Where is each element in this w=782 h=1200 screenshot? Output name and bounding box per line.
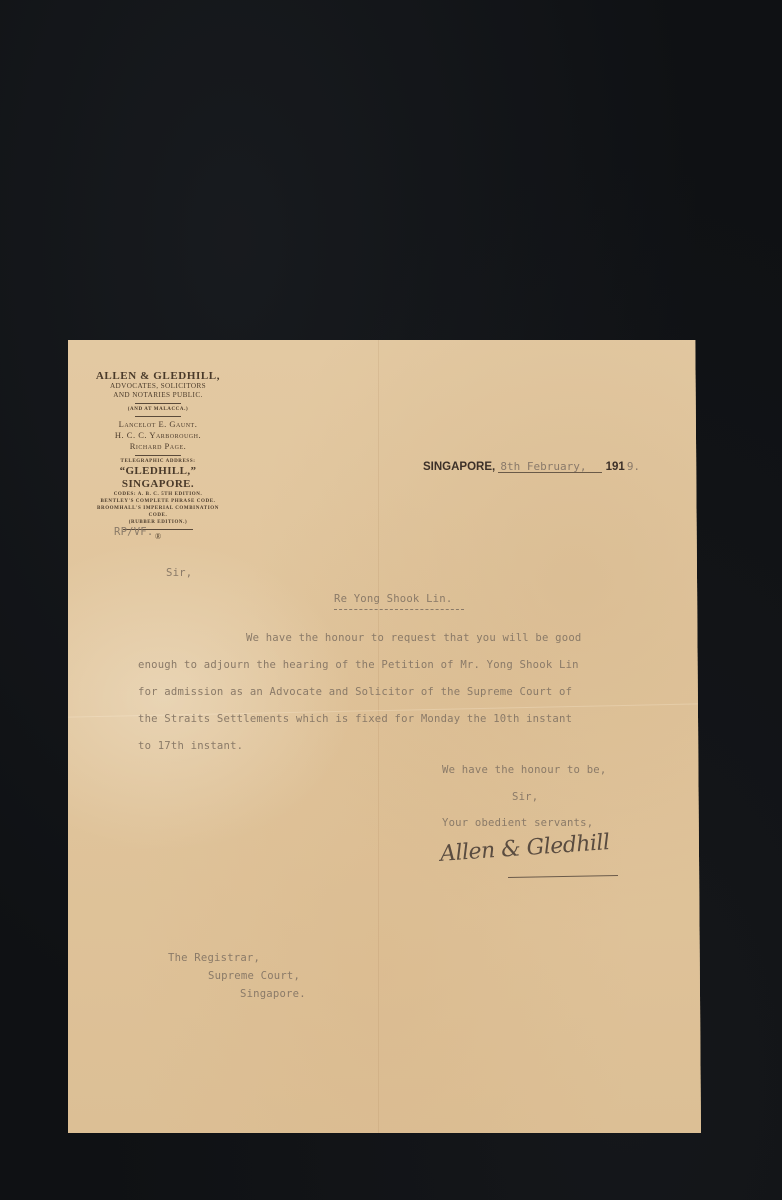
addressee-line: Singapore. xyxy=(240,988,306,1000)
codes-line: (RUBBER EDITION.) xyxy=(88,519,228,526)
branch-note: (AND AT MALACCA.) xyxy=(88,406,228,413)
firm-description-2: AND NOTARIES PUBLIC. xyxy=(88,391,228,400)
body-line: to 17th instant. xyxy=(138,740,243,752)
codes-line: BENTLEY'S COMPLETE PHRASE CODE. xyxy=(88,498,228,505)
body-line: for admission as an Advocate and Solicit… xyxy=(138,686,572,698)
firm-name: ALLEN & GLEDHILL, xyxy=(88,370,228,382)
divider xyxy=(135,455,181,456)
body-line: the Straits Settlements which is fixed f… xyxy=(138,713,572,725)
signature-underline xyxy=(508,875,618,878)
addressee-line: The Registrar, xyxy=(168,952,260,964)
codes-line: CODES: A. B. C. 5TH EDITION. xyxy=(88,491,228,498)
codes-line: BROOMHALL'S IMPERIAL COMBINATION CODE. xyxy=(88,505,228,519)
partner-name: Richard Page. xyxy=(88,441,228,452)
fold-line xyxy=(378,340,379,1133)
seal-icon: ® xyxy=(88,532,228,541)
signature: Allen & Gledhill xyxy=(439,830,610,867)
partner-name: H. C. C. Yarborough. xyxy=(88,430,228,441)
telegraphic-label: TELEGRAPHIC ADDRESS: xyxy=(88,458,228,465)
year-suffix: 9. xyxy=(625,462,642,472)
letterhead: ALLEN & GLEDHILL, ADVOCATES, SOLICITORS … xyxy=(88,370,228,541)
closing-sir: Sir, xyxy=(512,791,538,803)
letter-page: ALLEN & GLEDHILL, ADVOCATES, SOLICITORS … xyxy=(68,340,701,1133)
firm-description-1: ADVOCATES, SOLICITORS xyxy=(88,382,228,391)
dateline: SINGAPORE, 8th February, 1919. xyxy=(423,461,642,473)
telegraphic-address: “GLEDHILL,” SINGAPORE. xyxy=(88,465,228,491)
subject-line: Re Yong Shook Lin. xyxy=(334,593,452,605)
divider xyxy=(135,416,181,417)
salutation: Sir, xyxy=(166,567,192,579)
body-line: We have the honour to request that you w… xyxy=(246,632,581,644)
body-line: enough to adjourn the hearing of the Pet… xyxy=(138,659,579,671)
divider xyxy=(135,403,181,404)
place: SINGAPORE, xyxy=(423,461,495,473)
addressee-line: Supreme Court, xyxy=(208,970,300,982)
year-prefix: 191 xyxy=(606,461,625,473)
date: 8th February, xyxy=(498,462,602,473)
closing-servants: Your obedient servants, xyxy=(442,817,593,829)
closing-line: We have the honour to be, xyxy=(442,764,606,776)
reference: RP/VF. xyxy=(114,526,153,538)
subject-underline xyxy=(334,609,464,610)
partner-name: Lancelot E. Gaunt. xyxy=(88,419,228,430)
